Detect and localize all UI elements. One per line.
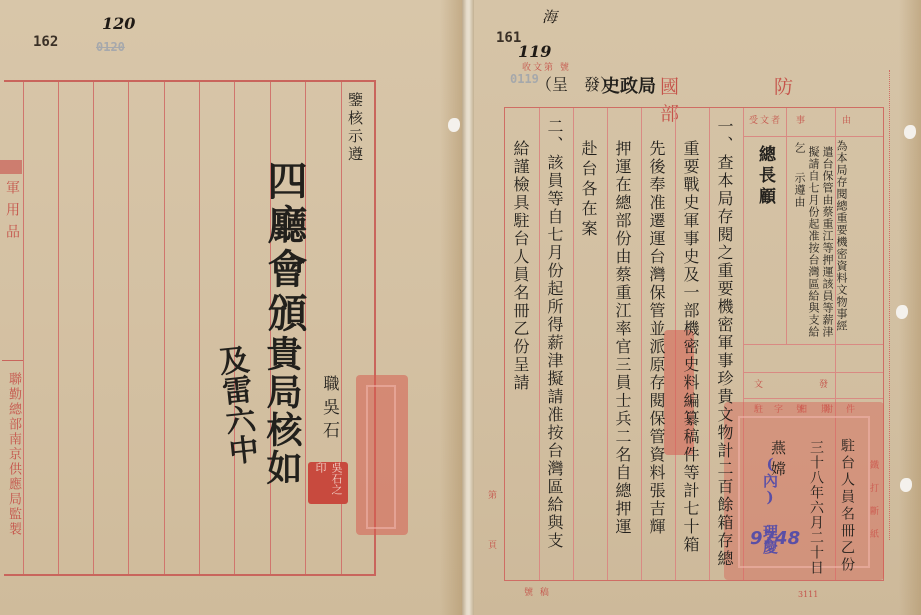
attachment-text: 駐台人員名冊乙份 bbox=[840, 438, 854, 574]
brush-annotation-col1: 四廳會頒 bbox=[264, 160, 304, 336]
subject-line-3: 擬請自七月份起准按台灣區給與支給 bbox=[808, 146, 819, 338]
label-draft-number: 號 稿 bbox=[524, 585, 551, 598]
fold-line bbox=[889, 70, 890, 540]
right-page: 161 119 海 收文第 號 0119 （呈 發） 史政局 國 防 部 受文者… bbox=[474, 0, 921, 615]
label-recipient: 受文者 bbox=[749, 113, 782, 126]
red-seal-partial bbox=[356, 375, 408, 535]
header-bureau: 史政局 bbox=[602, 72, 656, 98]
page-stamp-number: 162 bbox=[33, 34, 58, 50]
subject-line-1: 為本局存閱總重要機密資料文物事經 bbox=[836, 140, 847, 332]
ministry-seal bbox=[724, 402, 884, 580]
recipient-name: 總長顧 bbox=[756, 145, 773, 208]
left-page: 162 120 0120 軍用品 聯勤總部南京供應局監製 鑒核示遵 四廳會頒 貴… bbox=[0, 0, 462, 615]
paper-stain bbox=[440, 0, 462, 615]
label-doc: 文 bbox=[754, 377, 765, 390]
faint-stamp-number: 0120 bbox=[96, 40, 125, 54]
body-column-6: 二、該員等自七月份起所得薪津擬請准按台灣區給與支 bbox=[546, 118, 562, 550]
body-column-1: 一、查本局存閱之重要機密軍事珍貴文物計二百餘箱存總 bbox=[716, 118, 732, 568]
body-column-3: 先後奉准遷運台灣保管並派原存閱保管資料張吉輝 bbox=[648, 140, 664, 536]
subject-line-2: 遣台保管由蔡重江等押運該員等薪津 bbox=[822, 146, 833, 338]
personal-seal: 吳石之印 bbox=[308, 462, 348, 504]
punch-hole bbox=[448, 118, 460, 132]
handwritten-folio-number: 120 bbox=[102, 14, 135, 33]
punch-hole bbox=[896, 305, 908, 319]
label-page-2: 頁 bbox=[488, 538, 499, 551]
label-subject: 事 由 bbox=[796, 113, 865, 126]
bottom-stamp-number: 3111 bbox=[798, 590, 818, 599]
body-column-4: 押運在總部份由蔡重江率官三員士兵二名自總押運 bbox=[614, 140, 630, 536]
handwritten-top-note: 海 bbox=[542, 6, 557, 27]
punch-hole bbox=[904, 125, 916, 139]
date-text: 三十八年六月二十日 bbox=[809, 440, 823, 575]
brush-annotation-col2: 貴局核如 bbox=[264, 335, 300, 487]
handwritten-folio-number: 119 bbox=[518, 42, 551, 61]
signer-name: 吳石 bbox=[320, 398, 337, 444]
punch-hole bbox=[900, 478, 912, 492]
body-column-5: 赴台各在案 bbox=[580, 140, 596, 240]
note-text: 鑒核示遵 bbox=[347, 92, 362, 164]
signer-prefix: 職 bbox=[322, 375, 338, 391]
subject-line-4: 乞 bbox=[794, 142, 805, 153]
body-column-7: 給謹檢具駐台人員名冊乙份呈請 bbox=[512, 140, 528, 392]
subject-line-5: 示遵由 bbox=[794, 172, 805, 208]
label-issued: 發 bbox=[819, 377, 830, 390]
body-column-2: 重要戰史軍事史及一部機密史料編纂稿件等計七十箱 bbox=[682, 140, 698, 554]
receiving-number: 9748 bbox=[750, 528, 800, 549]
binding-gutter bbox=[462, 0, 474, 615]
faint-stamp-number: 0119 bbox=[510, 72, 539, 86]
label-page-1: 第 bbox=[488, 488, 499, 501]
